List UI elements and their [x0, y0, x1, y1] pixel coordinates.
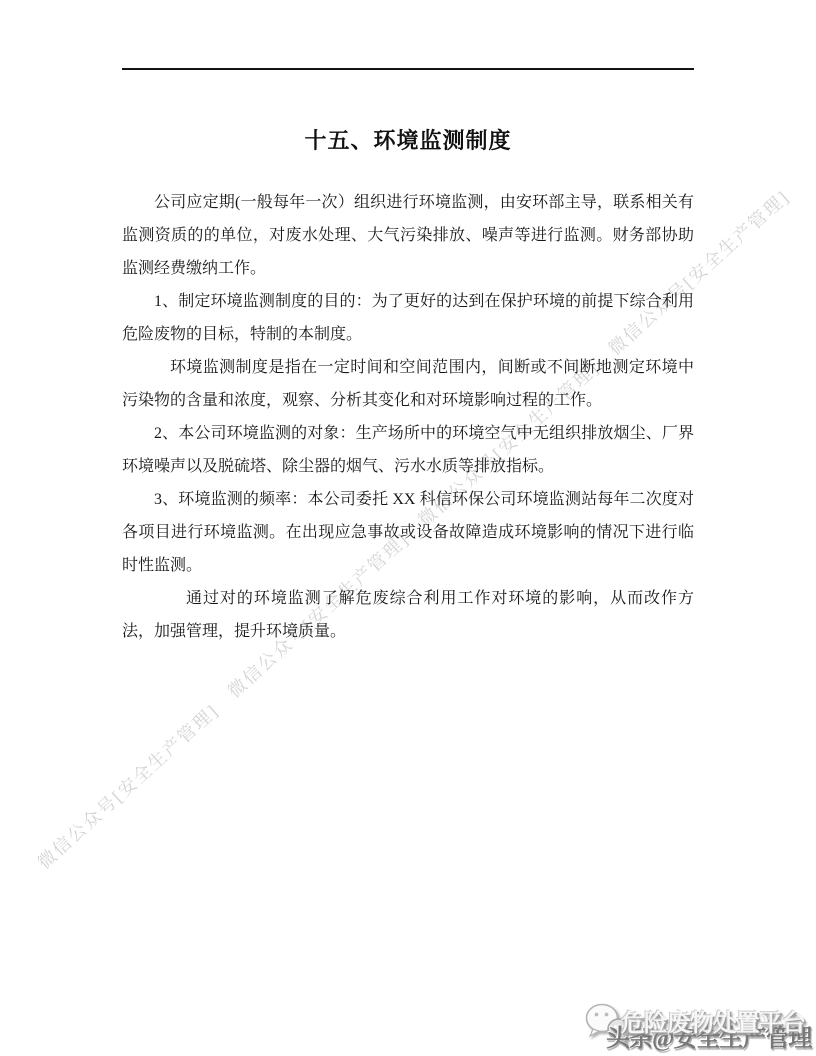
source-watermark-badge: 头条@安全生产管理 危险废物处置平台	[583, 996, 815, 1054]
paragraph-definition: 环境监测制度是指在一定时间和空间范围内，间断或不间断地测定环境中污染物的含量和浓…	[122, 351, 694, 417]
platform-watermark: 危险废物处置平台	[621, 1003, 805, 1038]
document-body: 公司应定期(一般每年一次）组织进行环境监测，由安环部主导，联系相关有监测资质的的…	[122, 186, 694, 648]
paragraph-item-3-frequency: 3、环境监测的频率：本公司委托 XX 科信环保公司环境监测站每年二次度对各项目进…	[122, 483, 694, 582]
paragraph-intro: 公司应定期(一般每年一次）组织进行环境监测，由安环部主导，联系相关有监测资质的的…	[122, 186, 694, 285]
paragraph-item-2-targets: 2、本公司环境监测的对象：生产场所中的环境空气中无组织排放烟尘、厂界环境噪声以及…	[122, 417, 694, 483]
paragraph-conclusion: 通过对的环境监测了解危废综合利用工作对环境的影响，从而改作方法，加强管理，提升环…	[122, 582, 694, 648]
document-page: 微信公众号[安全生产管理] 微信公众号[安全生产管理] 微信公众号[安全生产管理…	[0, 0, 816, 1056]
paragraph-item-1-purpose: 1、制定环境监测制度的目的：为了更好的达到在保护环境的前提下综合利用危险废物的目…	[122, 285, 694, 351]
header-rule	[122, 68, 694, 70]
page-title: 十五、环境监测制度	[0, 124, 816, 155]
